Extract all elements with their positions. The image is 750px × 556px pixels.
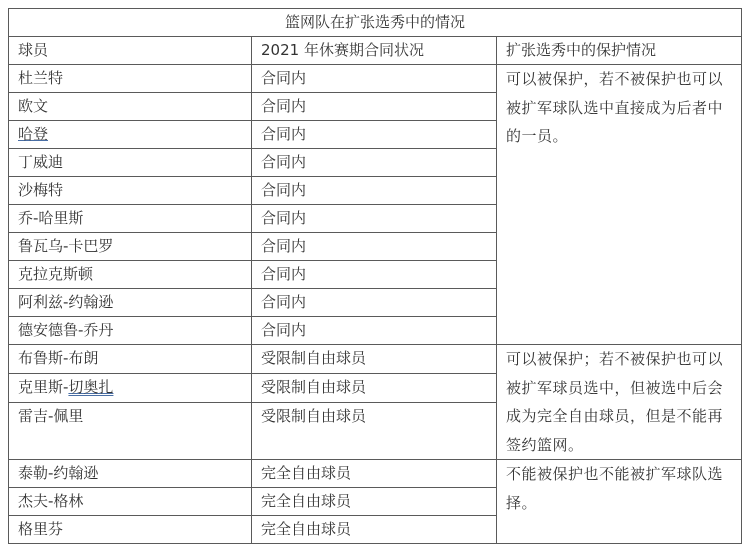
contract-status: 合同内 [252, 317, 497, 345]
contract-status: 合同内 [252, 93, 497, 121]
player-name: 泰勒-约翰逊 [9, 460, 252, 488]
contract-status: 合同内 [252, 261, 497, 289]
player-name: 杜兰特 [9, 65, 252, 93]
player-name: 鲁瓦乌-卡巴罗 [9, 233, 252, 261]
player-name: 克拉克斯顿 [9, 261, 252, 289]
contract-status: 合同内 [252, 177, 497, 205]
protection-description: 不能被保护也不能被扩军球队选择。 [497, 460, 742, 544]
player-name: 克里斯-切奥扎 [9, 373, 252, 402]
contract-status: 受限制自由球员 [252, 373, 497, 402]
contract-status: 完全自由球员 [252, 516, 497, 544]
player-name: 丁威迪 [9, 149, 252, 177]
contract-status: 受限制自由球员 [252, 345, 497, 374]
player-name: 布鲁斯-布朗 [9, 345, 252, 374]
table-row: 杜兰特 合同内 可以被保护，若不被保护也可以被扩军球队选中直接成为后者中的一员。 [9, 65, 742, 93]
player-name: 雷吉-佩里 [9, 402, 252, 460]
table-row: 泰勒-约翰逊 完全自由球员 不能被保护也不能被扩军球队选择。 [9, 460, 742, 488]
player-name: 乔-哈里斯 [9, 205, 252, 233]
player-name: 欧文 [9, 93, 252, 121]
player-name-suffix: 切奥扎 [68, 378, 113, 396]
contract-status: 完全自由球员 [252, 460, 497, 488]
player-name: 沙梅特 [9, 177, 252, 205]
player-name-prefix: 克里斯- [18, 378, 68, 396]
contract-status: 受限制自由球员 [252, 402, 497, 460]
player-name: 德安德鲁-乔丹 [9, 317, 252, 345]
player-name: 杰夫-格林 [9, 488, 252, 516]
player-name-text: 哈登 [18, 125, 48, 143]
player-name: 哈登 [9, 121, 252, 149]
contract-status: 完全自由球员 [252, 488, 497, 516]
header-protection: 扩张选秀中的保护情况 [497, 37, 742, 65]
header-player: 球员 [9, 37, 252, 65]
protection-description: 可以被保护；若不被保护也可以被扩军球员选中，但被选中后会成为完全自由球员，但是不… [497, 345, 742, 460]
table-row: 布鲁斯-布朗 受限制自由球员 可以被保护；若不被保护也可以被扩军球员选中，但被选… [9, 345, 742, 374]
table-title: 篮网队在扩张选秀中的情况 [9, 9, 742, 37]
protection-description: 可以被保护，若不被保护也可以被扩军球队选中直接成为后者中的一员。 [497, 65, 742, 345]
title-row: 篮网队在扩张选秀中的情况 [9, 9, 742, 37]
player-name: 格里芬 [9, 516, 252, 544]
header-row: 球员 2021 年休赛期合同状况 扩张选秀中的保护情况 [9, 37, 742, 65]
contract-status: 合同内 [252, 205, 497, 233]
contract-status: 合同内 [252, 289, 497, 317]
contract-status: 合同内 [252, 233, 497, 261]
brooklyn-nets-expansion-draft-table: 篮网队在扩张选秀中的情况 球员 2021 年休赛期合同状况 扩张选秀中的保护情况… [8, 8, 742, 544]
contract-status: 合同内 [252, 121, 497, 149]
player-name: 阿利兹-约翰逊 [9, 289, 252, 317]
contract-status: 合同内 [252, 65, 497, 93]
contract-status: 合同内 [252, 149, 497, 177]
header-contract-status: 2021 年休赛期合同状况 [252, 37, 497, 65]
